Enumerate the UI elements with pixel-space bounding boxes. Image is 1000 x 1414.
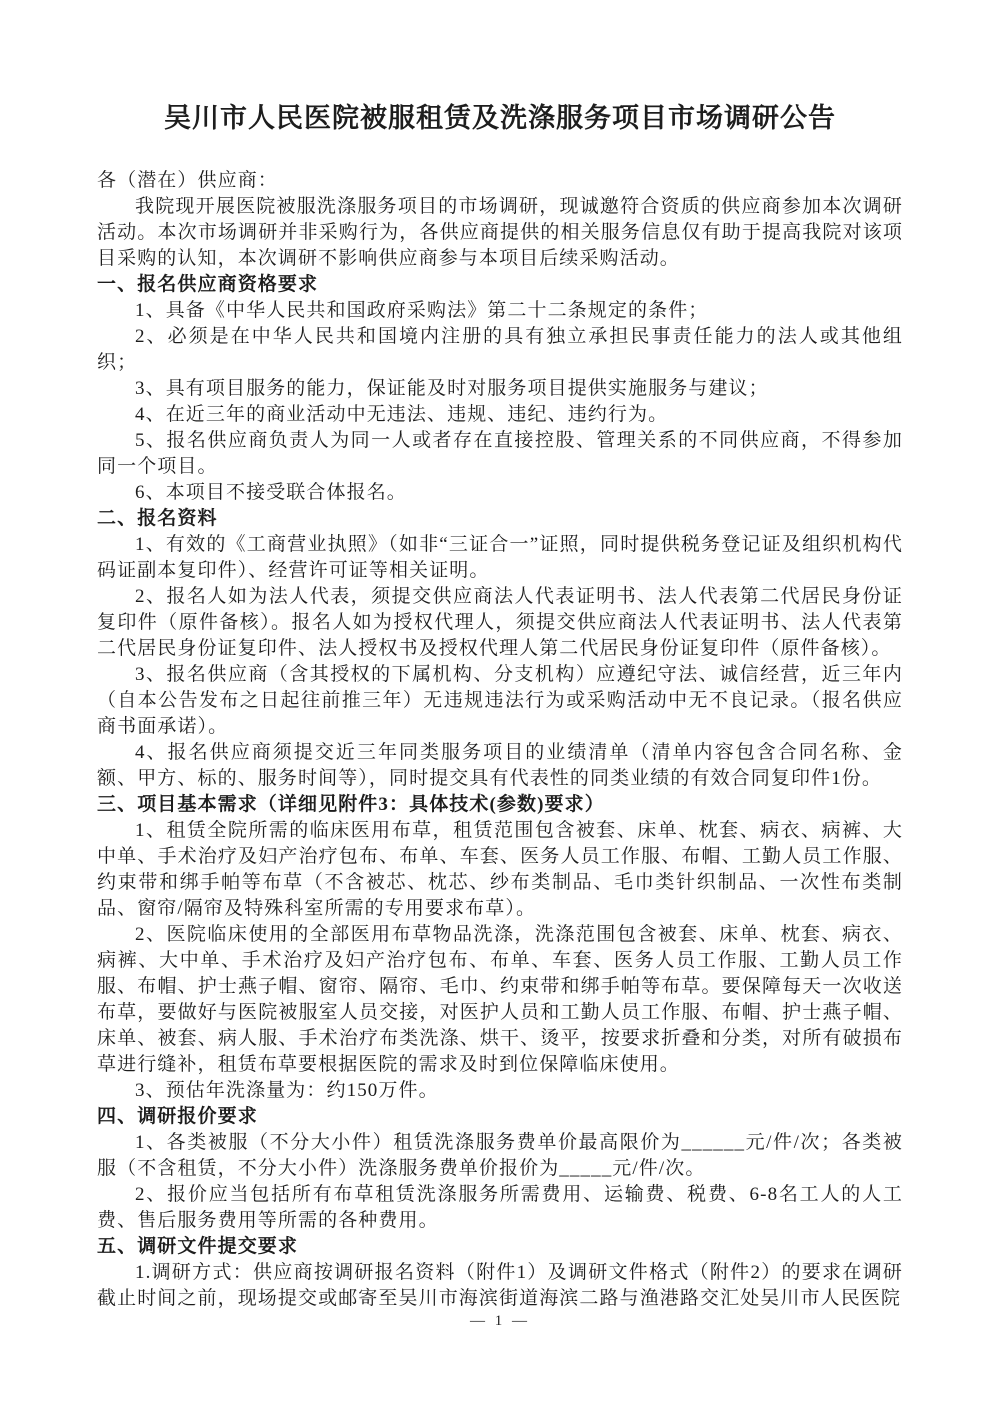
- page-title: 吴川市人民医院被服租赁及洗涤服务项目市场调研公告: [0, 0, 1000, 136]
- section-heading: 三、项目基本需求（详细见附件3：具体技术(参数)要求）: [97, 792, 903, 818]
- paragraph: 2、医院临床使用的全部医用布草物品洗涤，洗涤范围包含被套、床单、枕套、病衣、病裤…: [97, 922, 903, 1078]
- paragraph: 6、本项目不接受联合体报名。: [97, 480, 903, 506]
- section-heading: 四、调研报价要求: [97, 1104, 903, 1130]
- paragraph: 3、预估年洗涤量为：约150万件。: [97, 1078, 903, 1104]
- paragraph: 1、有效的《工商营业执照》（如非“三证合一”证照，同时提供税务登记证及组织机构代…: [97, 532, 903, 584]
- paragraph: 5、报名供应商负责人为同一人或者存在直接控股、管理关系的不同供应商，不得参加同一…: [97, 428, 903, 480]
- paragraph: 3、报名供应商（含其授权的下属机构、分支机构）应遵纪守法、诚信经营，近三年内（自…: [97, 662, 903, 740]
- document-content: 各（潜在）供应商： 我院现开展医院被服洗涤服务项目的市场调研，现诚邀符合资质的供…: [97, 168, 903, 1312]
- document-body: 我院现开展医院被服洗涤服务项目的市场调研，现诚邀符合资质的供应商参加本次调研活动…: [97, 194, 903, 1312]
- paragraph: 2、报名人如为法人代表，须提交供应商法人代表证明书、法人代表第二代居民身份证复印…: [97, 584, 903, 662]
- paragraph: 1、具备《中华人民共和国政府采购法》第二十二条规定的条件；: [97, 298, 903, 324]
- paragraph: 1、租赁全院所需的临床医用布草，租赁范围包含被套、床单、枕套、病衣、病裤、大中单…: [97, 818, 903, 922]
- salutation: 各（潜在）供应商：: [97, 168, 903, 194]
- paragraph: 1.调研方式：供应商按调研报名资料（附件1）及调研文件格式（附件2）的要求在调研…: [97, 1260, 903, 1312]
- paragraph: 1、各类被服（不分大小件）租赁洗涤服务费单价最高限价为______元/件/次；各…: [97, 1130, 903, 1182]
- paragraph: 2、必须是在中华人民共和国境内注册的具有独立承担民事责任能力的法人或其他组织；: [97, 324, 903, 376]
- paragraph: 4、在近三年的商业活动中无违法、违规、违纪、违约行为。: [97, 402, 903, 428]
- section-heading: 五、调研文件提交要求: [97, 1234, 903, 1260]
- page-number: — 1 —: [0, 1313, 1000, 1330]
- paragraph: 3、具有项目服务的能力，保证能及时对服务项目提供实施服务与建议；: [97, 376, 903, 402]
- section-heading: 一、报名供应商资格要求: [97, 272, 903, 298]
- section-heading: 二、报名资料: [97, 506, 903, 532]
- paragraph: 我院现开展医院被服洗涤服务项目的市场调研，现诚邀符合资质的供应商参加本次调研活动…: [97, 194, 903, 272]
- document-page: 吴川市人民医院被服租赁及洗涤服务项目市场调研公告 各（潜在）供应商： 我院现开展…: [0, 0, 1000, 1414]
- paragraph: 2、报价应当包括所有布草租赁洗涤服务所需费用、运输费、税费、6-8名工人的人工费…: [97, 1182, 903, 1234]
- paragraph: 4、报名供应商须提交近三年同类服务项目的业绩清单（清单内容包含合同名称、金额、甲…: [97, 740, 903, 792]
